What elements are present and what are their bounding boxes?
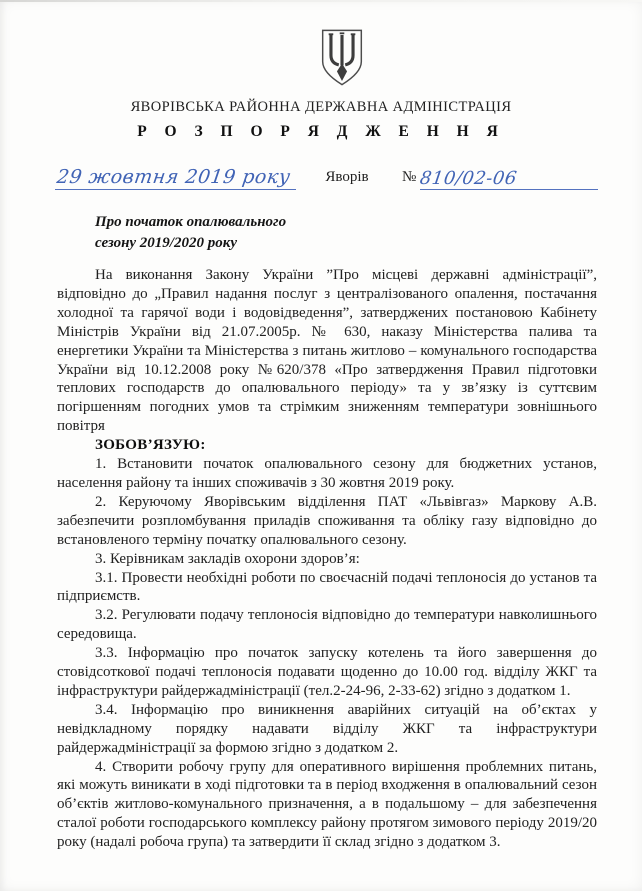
handwritten-date-text: 29 жовтня 2019 року (55, 166, 291, 188)
coat-of-arms (42, 2, 642, 88)
decree-subject: Про початок опалювального сезону 2019/20… (95, 212, 642, 253)
subject-line-1: Про початок опалювального (95, 212, 642, 233)
decree-item-2: 2. Керуючому Яворівським відділення ПАТ … (57, 493, 597, 550)
organization-name: ЯВОРІВСЬКА РАЙОННА ДЕРЖАВНА АДМІНІСТРАЦІ… (0, 99, 642, 116)
handwritten-number-text: 810/02-06 (419, 168, 519, 189)
document-meta-row: 29 жовтня 2019 року Яворів № 810/02-06 (0, 156, 642, 190)
number-sign-label: № (402, 169, 416, 190)
decree-item-3-3: 3.3. Інформацію про початок запуску коте… (57, 644, 597, 701)
decree-item-1: 1. Встановити початок опалювального сезо… (57, 455, 597, 493)
document-type-title: Р О З П О Р Я Д Ж Е Н Н Я (0, 123, 642, 141)
decree-item-3: 3. Керівникам закладів охорони здоров’я: (57, 550, 597, 569)
decree-item-3-2: 3.2. Регулювати подачу теплоносія відпов… (57, 606, 597, 644)
ukraine-trident-icon (319, 28, 365, 88)
document-number: № 810/02-06 (402, 168, 598, 190)
resolve-heading: ЗОБОВ’ЯЗУЮ: (57, 436, 597, 455)
intro-paragraph: На виконання Закону України ”Про місцеві… (57, 266, 597, 436)
decree-item-3-4: 3.4. Інформацію про виникнення аварійних… (57, 701, 597, 758)
decree-item-4: 4. Створити робочу групу для оперативног… (57, 758, 597, 853)
issue-place: Яворів (292, 169, 402, 190)
handwritten-date: 29 жовтня 2019 року (55, 166, 292, 190)
scanned-decree-document: ЯВОРІВСЬКА РАЙОННА ДЕРЖАВНА АДМІНІСТРАЦІ… (0, 0, 642, 891)
subject-line-2: сезону 2019/2020 року (95, 233, 642, 254)
decree-body: На виконання Закону України ”Про місцеві… (57, 266, 597, 852)
decree-item-3-1: 3.1. Провести необхідні роботи по своєча… (57, 569, 597, 607)
handwritten-number-line: 810/02-06 (420, 168, 598, 190)
